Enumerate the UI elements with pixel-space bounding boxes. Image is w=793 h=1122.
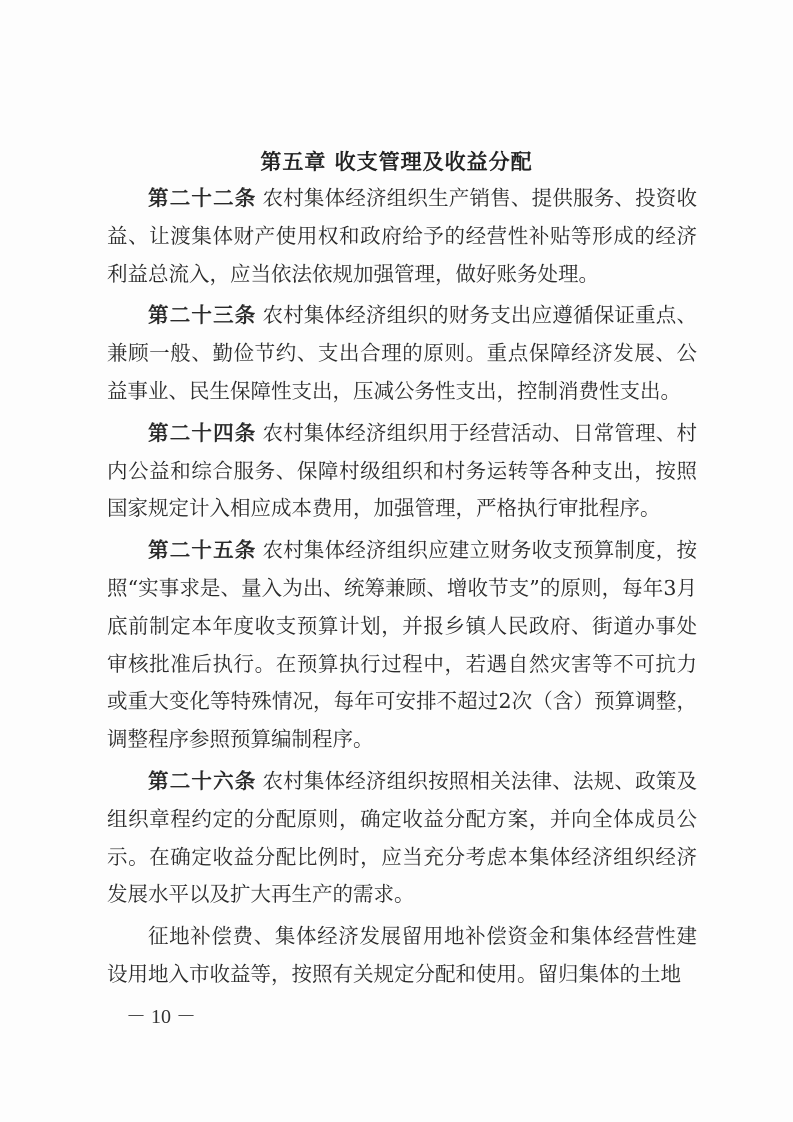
article-24-paragraph: 第二十四条农村集体经济组织用于经营活动、日常管理、村内公益和综合服务、保障村级组… [107, 415, 697, 528]
article-number: 第二十二条 [148, 186, 257, 210]
article-number: 第二十四条 [148, 421, 257, 445]
article-26-paragraph: 第二十六条农村集体经济组织按照相关法律、法规、政策及组织章程约定的分配原则，确定… [107, 763, 697, 914]
body-text: 第二十二条农村集体经济组织生产销售、提供服务、投资收益、让渡集体财产使用权和政府… [107, 180, 697, 994]
chapter-title: 第五章 收支管理及收益分配 [0, 146, 793, 176]
paragraph-text: 征地补偿费、集体经济发展留用地补偿资金和集体经营性建设用地入市收益等，按照有关规… [107, 924, 697, 986]
article-23-paragraph: 第二十三条农村集体经济组织的财务支出应遵循保证重点、兼顾一般、勤俭节约、支出合理… [107, 297, 697, 410]
article-text: 农村集体经济组织应建立财务收支预算制度，按照“实事求是、量入为出、统筹兼顾、增收… [107, 538, 697, 751]
article-22-paragraph: 第二十二条农村集体经济组织生产销售、提供服务、投资收益、让渡集体财产使用权和政府… [107, 180, 697, 293]
document-page: 第五章 收支管理及收益分配 第二十二条农村集体经济组织生产销售、提供服务、投资收… [0, 0, 793, 1122]
article-25-paragraph: 第二十五条农村集体经济组织应建立财务收支预算制度，按照“实事求是、量入为出、统筹… [107, 532, 697, 759]
page-number: － 10 － [126, 1000, 196, 1029]
article-number: 第二十五条 [148, 538, 257, 562]
article-number: 第二十六条 [148, 769, 257, 793]
article-number: 第二十三条 [148, 303, 257, 327]
continuation-paragraph: 征地补偿费、集体经济发展留用地补偿资金和集体经营性建设用地入市收益等，按照有关规… [107, 918, 697, 994]
